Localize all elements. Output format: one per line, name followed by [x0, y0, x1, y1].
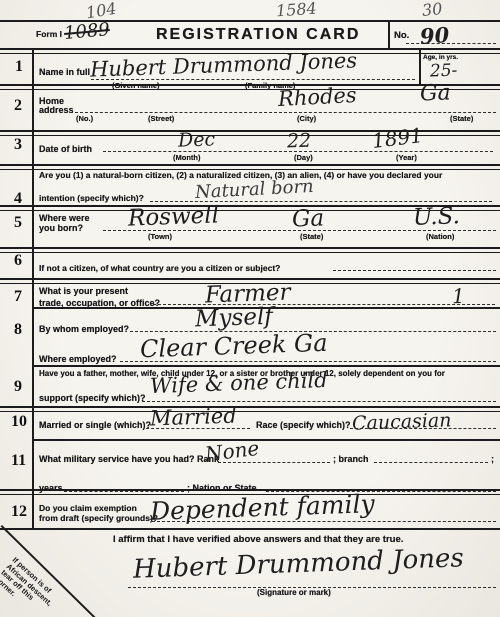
divider [32, 439, 500, 441]
number-column-line [32, 49, 34, 529]
row12-number: 12 [11, 503, 27, 521]
row7-number: 7 [14, 288, 22, 306]
occupation-tally: 1 [452, 284, 466, 308]
row6-number: 6 [14, 252, 22, 270]
birth-state-value: Ga [292, 205, 325, 232]
no-label: No. [394, 30, 409, 41]
nation-or-state-label: ; Nation or State [187, 483, 257, 493]
by-whom-employed-label: By whom employed? [39, 324, 129, 334]
town-sublabel: (Town) [148, 232, 172, 241]
pencil-note-center: 1584 [275, 0, 317, 20]
row6-question: If not a citizen, of what country are yo… [39, 263, 280, 273]
dotted-line [64, 489, 184, 492]
race-label: Race (specify which)? [256, 420, 351, 430]
row1-label: Name in full [39, 67, 90, 77]
dependents-value: Wife & one child [150, 368, 328, 398]
street-sublabel: (Street) [148, 114, 174, 123]
home-city-value: Rhodes [277, 83, 357, 111]
divider [0, 247, 500, 253]
where-employed-label: Where employed? [39, 354, 117, 364]
home-state-value: Ga [420, 80, 452, 106]
row3-label: Date of birth [39, 144, 92, 154]
age-value: 25- [430, 61, 458, 82]
row7-label-1: What is your present [39, 286, 128, 296]
birth-month-value: Dec [178, 128, 216, 151]
corner-notice: If person is of African descent, tear of… [0, 556, 59, 617]
row9-question-2: support (specify which)? [39, 393, 146, 403]
month-sublabel: (Month) [173, 153, 200, 162]
birth-nation-value: U.S. [413, 203, 461, 231]
row3-number: 3 [14, 136, 22, 154]
dotted-line [333, 268, 496, 271]
dotted-line [374, 460, 488, 463]
row7-label-2: trade, occupation, or office? [39, 298, 160, 308]
header-vertical-divider [388, 22, 390, 49]
state-sublabel-row5: (State) [300, 232, 323, 241]
row5-number: 5 [14, 214, 22, 232]
row5-label-1: Where were [39, 213, 90, 223]
card-title: REGISTRATION CARD [156, 26, 360, 44]
city-sublabel: (City) [297, 114, 316, 123]
row8-number: 8 [14, 321, 22, 339]
row2-label-2: address [39, 105, 74, 115]
row12-question-2: from draft (specify grounds)? [39, 513, 158, 523]
married-single-label: Married or single (which)? [39, 420, 151, 430]
marital-status-value: Married [150, 403, 237, 430]
row4-question-2: intention (specify which)? [39, 193, 144, 203]
crossed-out-form-number: 1089 [63, 19, 110, 44]
year-sublabel: (Year) [396, 153, 417, 162]
no-sublabel: (No.) [76, 114, 93, 123]
row5-label-2: you born? [39, 223, 83, 233]
military-service-label: What military service have you had? Rank [39, 454, 219, 464]
registration-card-scan: 104 1584 30 Form I 1089 REGISTRATION CAR… [0, 0, 500, 617]
age-column-divider [419, 49, 421, 85]
row1-number: 1 [15, 58, 23, 76]
signature-value: Hubert Drummond Jones [133, 543, 465, 585]
divider [32, 365, 500, 367]
nation-sublabel: (Nation) [426, 232, 454, 241]
row10-number: 10 [11, 413, 27, 431]
branch-semicolon: ; [491, 454, 494, 464]
row4-number: 4 [14, 190, 22, 208]
divider [0, 528, 500, 530]
affirmation-statement: I affirm that I have verified above answ… [113, 534, 403, 545]
divider [0, 130, 500, 136]
employer-value: Myself [195, 304, 274, 333]
signature-label: (Signature or mark) [257, 588, 331, 597]
pencil-note-right: 30 [421, 0, 443, 20]
row12-question-1: Do you claim exemption [39, 503, 137, 513]
row11-number: 11 [11, 452, 26, 470]
row9-number: 9 [14, 378, 22, 396]
form-label: Form I [36, 29, 62, 39]
dotted-line [142, 399, 496, 402]
race-value: Caucasian [352, 409, 452, 434]
birth-day-value: 22 [287, 130, 312, 153]
row4-question-1: Are you (1) a natural-born citizen, (2) … [39, 170, 442, 180]
row2-number: 2 [14, 97, 22, 115]
day-sublabel: (Day) [294, 153, 313, 162]
birth-town-value: Roswell [128, 202, 220, 231]
given-name-label: (Given name) [112, 81, 160, 90]
branch-label: ; branch [333, 454, 369, 464]
state-sublabel: (State) [450, 114, 473, 123]
years-label: years [39, 483, 63, 493]
serial-number-value: 90 [419, 22, 450, 49]
